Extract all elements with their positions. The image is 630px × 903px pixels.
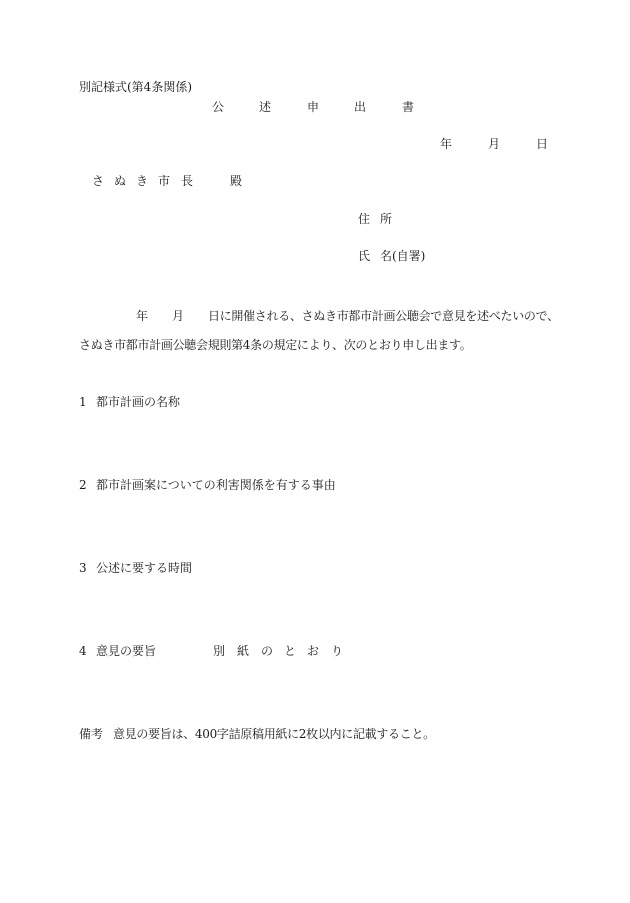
item-value-char: 別 [213,644,225,658]
title-char: 公 [212,100,224,114]
title-char: 述 [259,100,271,114]
name-label-first: 氏 [358,249,370,263]
address-label-char: 所 [380,212,392,226]
item-value-char: お [307,644,319,658]
item-label: 意見の要旨 [96,644,156,658]
title-char: 出 [354,100,366,114]
addressee-char: さ [92,174,104,188]
date-day-label: 日 [536,137,548,151]
item-number: 3 [79,561,87,575]
name-label-rest: 名(自署) [380,249,425,263]
body-month-label: 月 [172,309,184,323]
addressee-char: き [136,174,148,188]
addressee-char: 市 [158,174,170,188]
item-number: 4 [79,644,87,658]
item-number: 2 [79,478,87,492]
date-year-label: 年 [440,137,452,151]
addressee-char: 長 [181,174,193,188]
addressee-honorific: 殿 [230,174,242,188]
item-label: 都市計画案についての利害関係を有する事由 [96,478,336,492]
item-value-char: 紙 [237,644,249,658]
title-char: 書 [402,100,414,114]
date-month-label: 月 [488,137,500,151]
item-value-char: り [331,644,343,658]
form-label: 別記様式(第4条関係) [79,80,192,94]
title-char: 申 [307,100,319,114]
item-number: 1 [79,395,87,409]
remarks-text: 意見の要旨は、400字詰原稿用紙に2枚以内に記載すること。 [113,727,435,741]
body-line-1-text: 日に開催される、さぬき市都市計画公聴会で意見を述べたいので、 [208,309,559,323]
item-label: 都市計画の名称 [96,395,180,409]
item-value-char: の [261,644,273,658]
remarks-label: 備考 [79,727,103,741]
address-label-char: 住 [358,212,370,226]
item-label: 公述に要する時間 [96,561,192,575]
body-line-2: さぬき市都市計画公聴会規則第4条の規定により、次のとおり申し出ます。 [79,338,471,352]
item-value-char: と [284,644,296,658]
addressee-char: ぬ [114,174,126,188]
body-year-label: 年 [136,309,148,323]
